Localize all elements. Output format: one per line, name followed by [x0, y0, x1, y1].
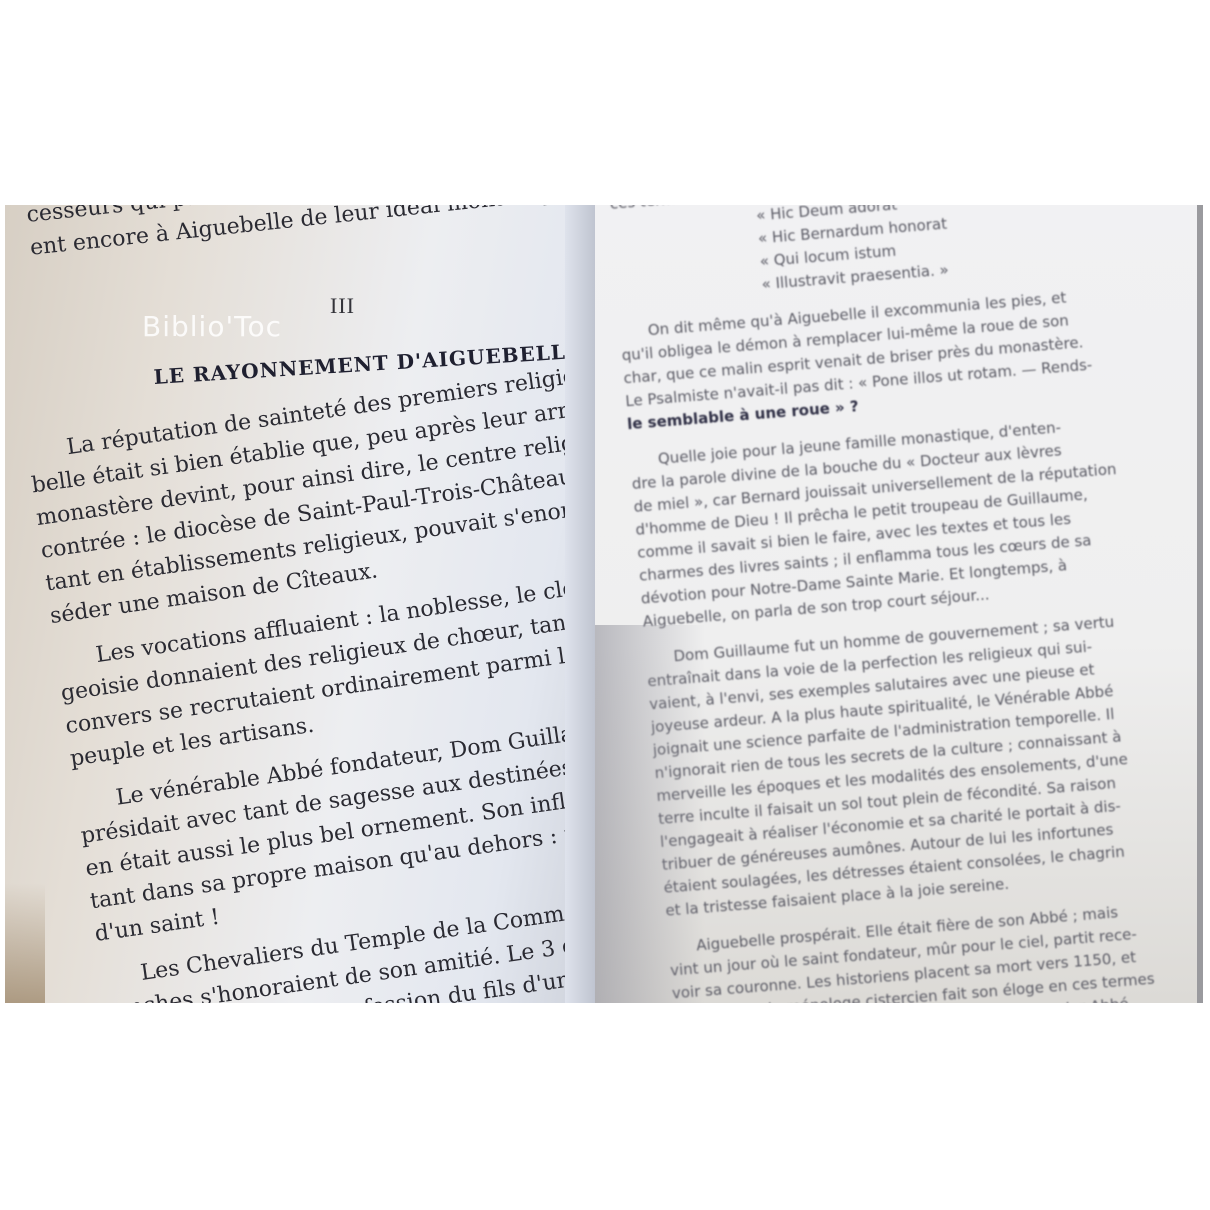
chapter-number: III	[330, 293, 355, 319]
page-edge	[1197, 205, 1203, 1003]
page-shadow	[5, 883, 45, 1003]
watermark: Biblio'Toc	[142, 310, 282, 343]
left-page-body: La réputation de sainteté des premiers r…	[25, 359, 585, 1003]
right-page: ces termes :« Hic Deum adorat« Hic Berna…	[595, 205, 1203, 1003]
left-page-top-text: cesseurs qui p... ent encore à Aiguebell…	[25, 205, 585, 265]
left-page: cesseurs qui p... ent encore à Aiguebell…	[5, 205, 585, 1003]
book-photo: cesseurs qui p... ent encore à Aiguebell…	[5, 205, 1203, 1003]
page-shadow	[595, 625, 705, 1003]
